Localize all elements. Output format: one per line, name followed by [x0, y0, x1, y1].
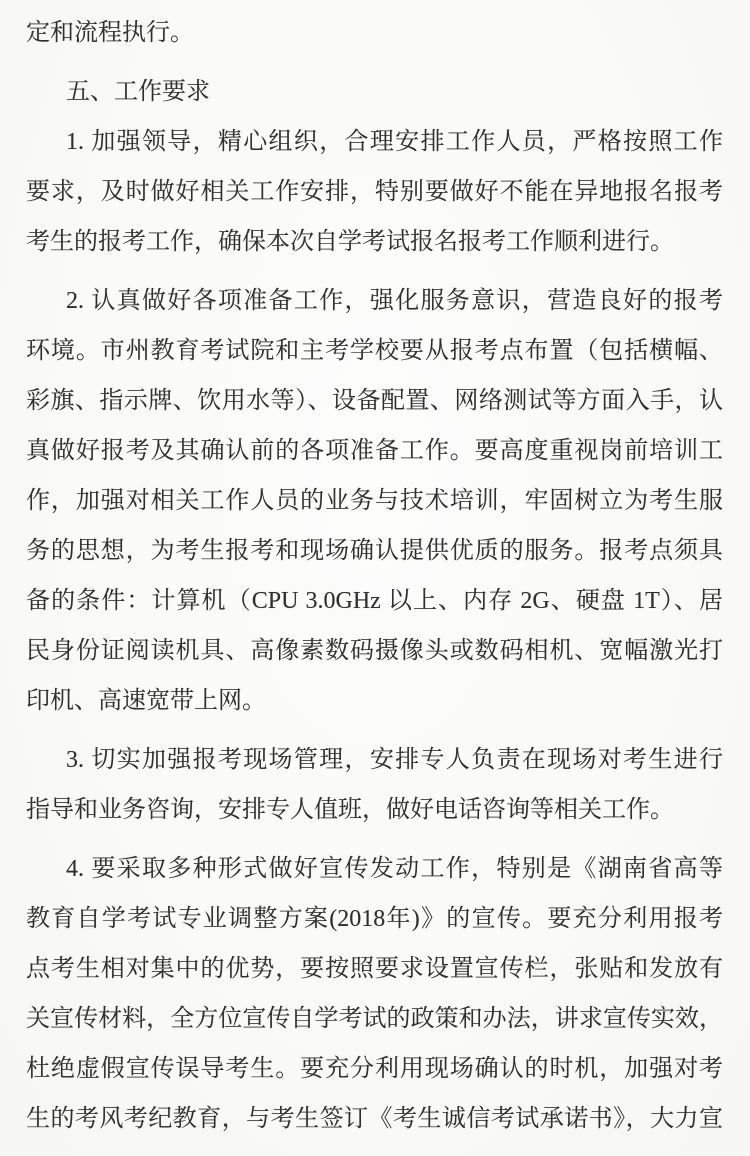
- document-line: 教育自学考试专业调整方案(2018年)》的宣传。要充分利用报考: [26, 894, 723, 944]
- document-line: 1. 加强领导，精心组织，合理安排工作人员，严格按照工作: [26, 117, 723, 167]
- document-line: 备的条件：计算机（CPU 3.0GHz 以上、内存 2G、硬盘 1T）、居: [26, 576, 723, 626]
- document-line: 环境。市州教育考试院和主考学校要从报考点布置（包括横幅、: [26, 326, 723, 376]
- document-line: 彩旗、指示牌、饮用水等）、设备配置、网络测试等方面入手，认: [26, 376, 723, 426]
- document-line: 印机、高速宽带上网。: [26, 676, 723, 726]
- document-line: 4. 要采取多种形式做好宣传发动工作，特别是《湖南省高等: [26, 844, 723, 894]
- document-line: 关宣传材料，全方位宣传自学考试的政策和办法，讲求宣传实效，: [26, 994, 723, 1044]
- document-line: 民身份证阅读机具、高像素数码摄像头或数码相机、宽幅激光打: [26, 626, 723, 676]
- document-line: 真做好报考及其确认前的各项准备工作。要高度重视岗前培训工: [26, 426, 723, 476]
- document-line: 作，加强对相关工作人员的业务与技术培训，牢固树立为考生服: [26, 476, 723, 526]
- document-line: 务的思想，为考生报考和现场确认提供优质的服务。报考点须具: [26, 526, 723, 576]
- document-line: 杜绝虚假宣传误导考生。要充分利用现场确认的时机，加强对考: [26, 1044, 723, 1094]
- document-line: 指导和业务咨询，安排专人值班，做好电话咨询等相关工作。: [26, 785, 723, 835]
- document-line: 点考生相对集中的优势，要按照要求设置宣传栏，张贴和发放有: [26, 944, 723, 994]
- document-line: 定和流程执行。: [26, 8, 723, 58]
- section-heading: 五、工作要求: [26, 67, 723, 117]
- scanned-page: 定和流程执行。 五、工作要求 1. 加强领导，精心组织，合理安排工作人员，严格按…: [0, 0, 750, 1156]
- document-line: 2. 认真做好各项准备工作，强化服务意识，营造良好的报考: [26, 276, 723, 326]
- document-line: 生的考风考纪教育，与考生签订《考生诚信考试承诺书》，大力宣: [26, 1094, 723, 1144]
- document-line: 要求，及时做好相关工作安排，特别要做好不能在异地报名报考: [26, 167, 723, 217]
- document-line: 考生的报考工作，确保本次自学考试报名报考工作顺利进行。: [26, 217, 723, 267]
- document-line: 3. 切实加强报考现场管理，安排专人负责在现场对考生进行: [26, 735, 723, 785]
